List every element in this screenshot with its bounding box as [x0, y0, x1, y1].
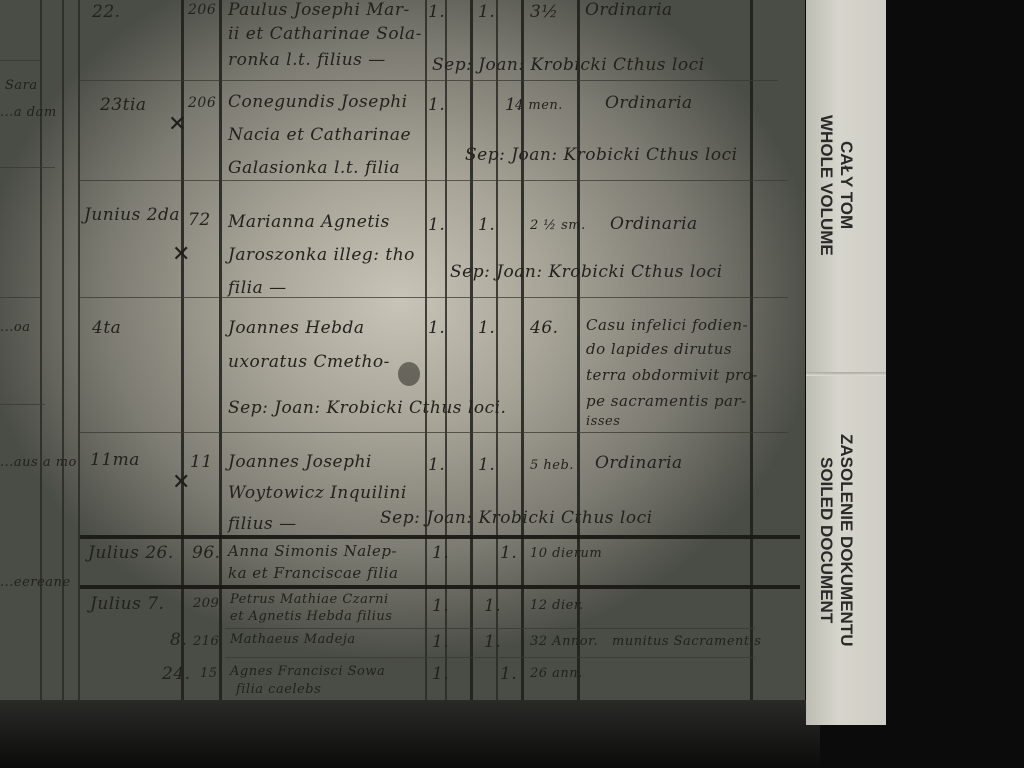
entry-name-line: filia — — [228, 278, 287, 298]
entry-cause: Ordinaria — [605, 93, 693, 113]
entry-age: 3½ — [530, 2, 558, 22]
entry-tally: 1. — [484, 596, 501, 616]
row-divider — [0, 167, 55, 168]
row-divider — [78, 297, 788, 298]
margin-fragment: ...a dam — [0, 105, 57, 120]
row-divider — [78, 432, 788, 433]
entry-tally: 1. — [478, 318, 495, 338]
entry-name-line: Conegundis Josephi — [228, 92, 408, 112]
row-divider-heavy — [80, 585, 800, 589]
entry-date: 8. — [170, 630, 187, 650]
rule-line — [470, 0, 473, 720]
entry-tally: 1. — [478, 2, 495, 22]
entry-age: 2 ½ sm. — [530, 218, 586, 233]
entry-name-line: Joannes Hebda — [228, 318, 365, 338]
entry-house-no: 206 — [188, 2, 216, 18]
label-line-pl: ZASOLENIE DOKUMENTU — [836, 395, 856, 685]
entry-date: 11ma — [90, 450, 140, 470]
entry-cause-line: Casu infelici fodien- — [586, 316, 748, 334]
entry-age: 10 dierum — [530, 546, 602, 561]
entry-date: Junius 2da — [84, 205, 180, 225]
register-page: Sara ...a dam ...oa ...aus a mo ...eerea… — [0, 0, 805, 730]
label-soiled-document: ZASOLENIE DOKUMENTU SOILED DOCUMENT — [816, 395, 856, 685]
cross-mark: ✕ — [168, 112, 186, 137]
entry-age: 12 dier. — [530, 598, 584, 613]
entry-cause: Ordinaria — [585, 0, 673, 20]
entry-house-no: 209 — [193, 596, 219, 611]
entry-burial-line: Sep: Joan: Krobicki Cthus loci — [465, 145, 738, 165]
entry-tally: 1. — [432, 596, 449, 616]
entry-house-no: 15 — [200, 666, 218, 681]
entry-cause-line: do lapides dirutus — [586, 340, 732, 358]
entry-age: 46. — [530, 318, 559, 338]
rule-line — [181, 0, 184, 720]
rule-line — [425, 0, 427, 720]
entry-name-line: filius — — [228, 514, 297, 534]
archive-label-strip: CAŁY TOM WHOLE VOLUME ZASOLENIE DOKUMENT… — [806, 0, 886, 725]
entry-cause: Ordinaria — [595, 453, 683, 473]
entry-name-line: Paulus Josephi Mar- — [228, 0, 410, 20]
entry-date: 22. — [92, 2, 121, 22]
entry-name-line: Galasionka l.t. filia — [228, 158, 400, 178]
cross-mark: ✕ — [172, 470, 190, 495]
entry-name-line: Anna Simonis Nalep- — [228, 542, 397, 560]
entry-tally: 1. — [428, 455, 445, 475]
entry-tally: 1. — [432, 543, 449, 563]
margin-fragment: ...aus a mo — [0, 455, 77, 470]
entry-age: 32 Annor. — [530, 634, 598, 649]
entry-cause-line: isses — [586, 414, 620, 429]
row-divider — [78, 80, 778, 81]
rule-line — [62, 0, 64, 700]
margin-fragment: Sara — [5, 78, 38, 93]
entry-cause: munitus Sacramentis — [612, 634, 761, 649]
page-bottom-edge — [0, 700, 820, 768]
entry-tally: 1. — [500, 664, 517, 684]
rule-line — [78, 0, 80, 720]
entry-name-line: Agnes Francisci Sowa — [230, 664, 385, 679]
entry-burial-line: Sep: Joan: Krobicki Cthus loci — [380, 508, 653, 528]
entry-tally: 1. — [478, 215, 495, 235]
margin-fragment: ...oa — [0, 320, 30, 335]
row-divider — [225, 628, 755, 629]
row-divider — [225, 657, 755, 658]
label-line-en: WHOLE VOLUME — [816, 85, 836, 285]
cross-mark: ✕ — [172, 242, 190, 267]
label-line-pl: CAŁY TOM — [836, 85, 856, 285]
entry-name-line: Petrus Mathiae Czarni — [230, 592, 389, 607]
row-divider — [0, 404, 45, 405]
label-divider — [806, 372, 886, 376]
entry-name-line: ii et Catharinae Sola- — [228, 24, 422, 44]
entry-tally: 1. — [428, 2, 445, 22]
entry-name-line: filia caelebs — [236, 682, 321, 697]
entry-tally: 1. — [500, 543, 517, 563]
entry-burial-line: Sep: Joan: Krobicki Cthus loci. — [228, 398, 506, 418]
entry-name-line: Jaroszonka illeg: tho — [228, 245, 415, 265]
entry-age: 26 ann. — [530, 666, 583, 681]
entry-tally: 1. — [428, 318, 445, 338]
entry-house-no: 11 — [190, 452, 213, 472]
entry-burial-line: Sep: Joan: Krobicki Cthus loci — [432, 55, 705, 75]
entry-name-line: Joannes Josephi — [228, 452, 372, 472]
entry-tally: 1. — [478, 455, 495, 475]
entry-tally: 1. — [432, 632, 449, 652]
rule-line — [219, 0, 222, 720]
entry-age: 4 men. — [515, 98, 563, 113]
entry-name-line: Woytowicz Inquilini — [228, 483, 407, 503]
label-whole-volume: CAŁY TOM WHOLE VOLUME — [816, 85, 856, 285]
entry-name-line: ka et Franciscae filia — [228, 564, 398, 582]
entry-name-line: Mathaeus Madeja — [230, 632, 356, 647]
row-divider-heavy — [80, 535, 800, 539]
entry-house-no: 216. — [193, 634, 224, 649]
entry-tally: 1. — [428, 95, 445, 115]
entry-house-no: 72 — [188, 210, 211, 230]
entry-house-no: 96. — [192, 543, 221, 563]
entry-house-no: 206 — [188, 95, 216, 111]
entry-name-line: Nacia et Catharinae — [228, 125, 411, 145]
entry-burial-line: Sep: Joan: Krobicki Cthus loci — [450, 262, 723, 282]
entry-tally: 1. — [484, 632, 501, 652]
entry-name-line: et Agnetis Hebda filius — [230, 609, 392, 624]
label-line-en: SOILED DOCUMENT — [816, 395, 836, 685]
entry-cause: Ordinaria — [610, 214, 698, 234]
row-divider — [0, 60, 40, 61]
entry-tally: 1. — [432, 664, 449, 684]
entry-date: 24. — [162, 664, 191, 684]
entry-name-line: Marianna Agnetis — [228, 212, 390, 232]
entry-name-line: ronka l.t. filius — — [228, 50, 386, 70]
entry-cause-line: pe sacramentis par- — [586, 392, 747, 410]
entry-date: 23tia — [100, 95, 147, 115]
entry-date: Julius 7. — [90, 594, 164, 614]
entry-cause-line: terra obdormivit pro- — [586, 366, 758, 384]
row-divider — [0, 297, 40, 298]
row-divider — [78, 180, 788, 181]
rule-line — [750, 0, 753, 705]
entry-age: 5 heb. — [530, 458, 574, 473]
ink-stain — [398, 362, 420, 386]
entry-tally: 1. — [428, 215, 445, 235]
entry-name-line: uxoratus Cmetho- — [228, 352, 390, 372]
entry-date: 4ta — [92, 318, 121, 338]
entry-date: Julius 26. — [88, 543, 174, 563]
margin-fragment: ...eereane — [0, 575, 71, 590]
